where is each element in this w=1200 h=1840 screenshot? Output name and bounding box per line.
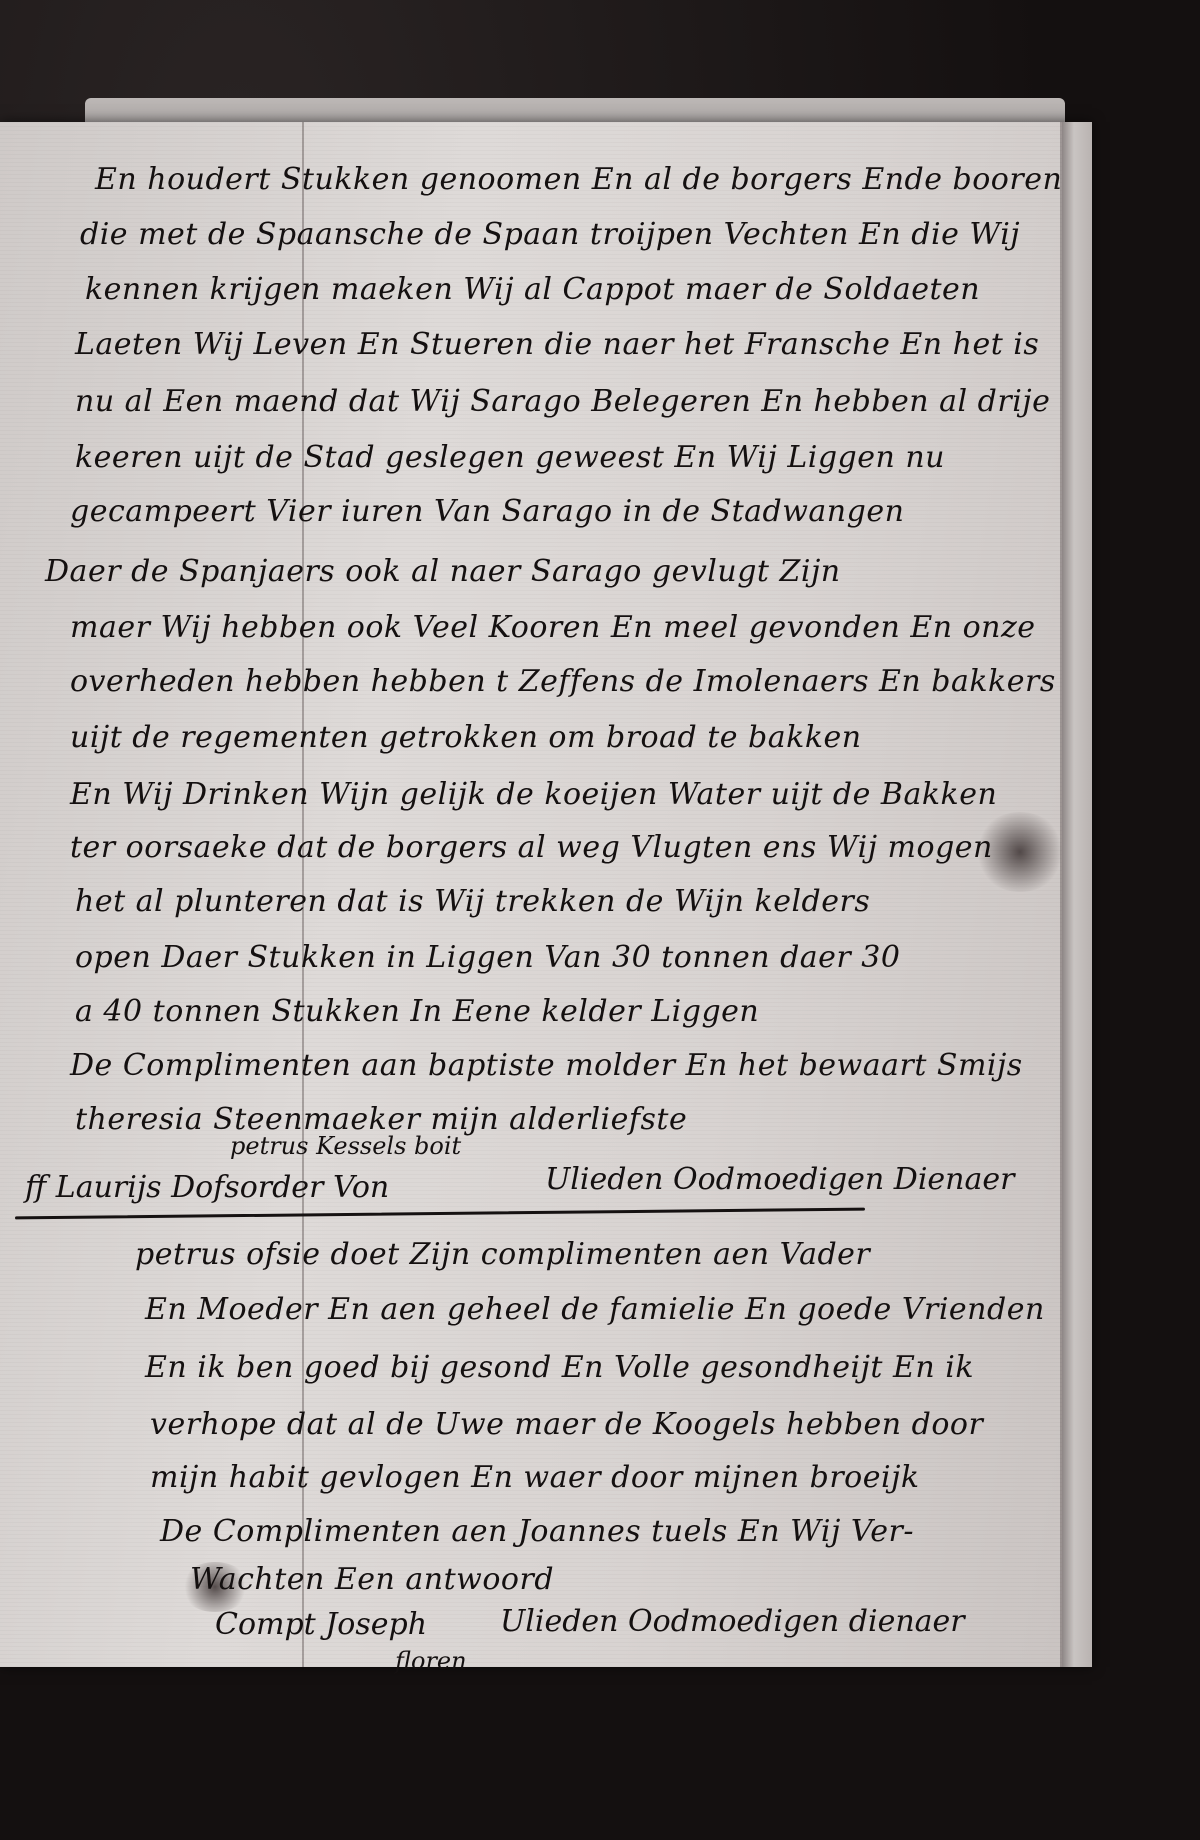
postscript-line: verhope dat al de Uwe maer de Koogels he…	[150, 1407, 983, 1442]
letter-line: Daer de Spanjaers ook al naer Sarago gev…	[45, 554, 841, 589]
postscript-line: mijn habit gevlogen En waer door mijnen …	[150, 1460, 920, 1495]
letter-line: keeren uijt de Stad geslegen geweest En …	[75, 440, 945, 475]
postscript-line: En ik ben goed bij gesond En Volle geson…	[145, 1350, 974, 1385]
postscript-line: En Moeder En aen geheel de famielie En g…	[145, 1292, 1045, 1327]
letter-line: open Daer Stukken in Liggen Van 30 tonne…	[75, 940, 900, 975]
postscript-line: petrus ofsie doet Zijn complimenten aen …	[135, 1237, 870, 1272]
letter-line: De Complimenten aan baptiste molder En h…	[70, 1048, 1023, 1083]
postscript-signature-left: Compt Joseph	[215, 1607, 427, 1642]
letter-line: En Wij Drinken Wijn gelijk de koeijen Wa…	[70, 777, 997, 812]
postscript-signature-right: Ulieden Oodmoedigen dienaer	[500, 1604, 965, 1639]
signature-left: ff Laurijs Dofsorder Von	[25, 1170, 389, 1205]
postscript-line: Wachten Een antwoord	[190, 1562, 554, 1597]
letter-line: ter oorsaeke dat de borgers al weg Vlugt…	[70, 830, 993, 865]
letter-line: En houdert Stukken genoomen En al de bor…	[95, 162, 1062, 197]
postscript-signature-middle: floren	[395, 1647, 467, 1675]
signature-name-line: petrus Kessels boit	[230, 1132, 461, 1160]
letter-line: a 40 tonnen Stukken In Eene kelder Ligge…	[75, 994, 759, 1029]
postscript-line: De Complimenten aen Joannes tuels En Wij…	[160, 1514, 914, 1549]
letter-line: kennen krijgen maeken Wij al Cappot maer…	[85, 272, 980, 307]
letter-line: gecampeert Vier iuren Van Sarago in de S…	[70, 494, 904, 529]
letter-page: En houdert Stukken genoomen En al de bor…	[0, 122, 1092, 1667]
letter-line: uijt de regementen getrokken om broad te…	[70, 720, 862, 755]
letter-line: overheden hebben hebben t Zeffens de Imo…	[70, 664, 1056, 699]
letter-line: maer Wij hebben ook Veel Kooren En meel …	[70, 610, 1036, 645]
letter-line: die met de Spaansche de Spaan troijpen V…	[80, 217, 1020, 252]
divider-rule	[15, 1208, 865, 1220]
paper-right-edge	[1062, 122, 1092, 1667]
letter-line: nu al Een maend dat Wij Sarago Belegeren…	[75, 384, 1050, 419]
letter-line: Laeten Wij Leven En Stueren die naer het…	[75, 327, 1039, 362]
letter-line: het al plunteren dat is Wij trekken de W…	[75, 884, 870, 919]
signature-right: Ulieden Oodmoedigen Dienaer	[545, 1162, 1014, 1197]
